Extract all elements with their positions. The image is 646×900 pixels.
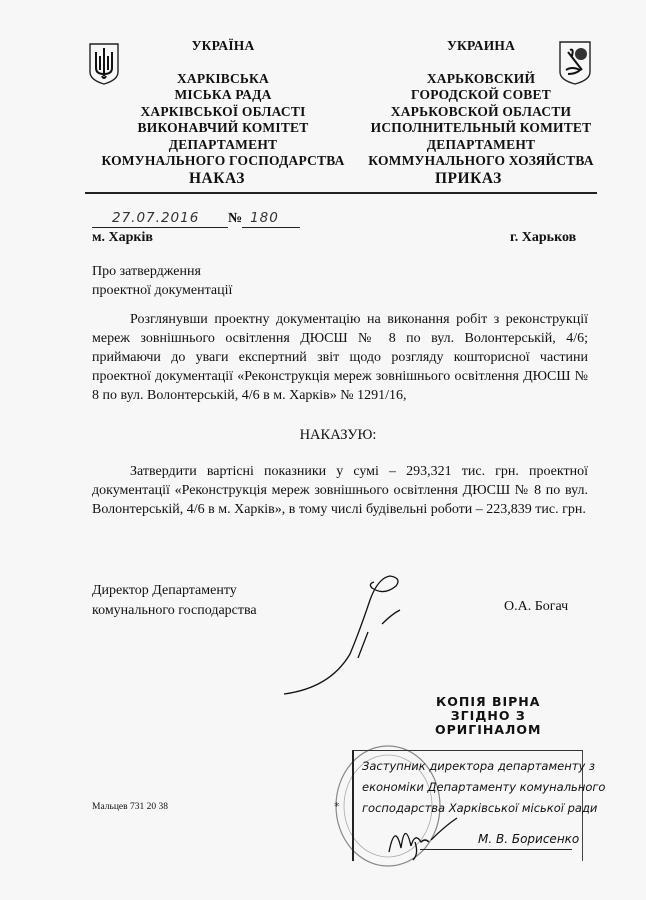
- copy-stamp-line: ОРИГІНАЛОМ: [435, 723, 541, 737]
- signatory-position: Директор Департаменту комунального госпо…: [92, 581, 257, 621]
- header-right: УКРАИНА ХАРЬКОВСКИЙ ГОРОДСКОЙ СОВЕТ ХАРЬ…: [368, 38, 594, 170]
- country-ua: УКРАЇНА: [100, 38, 346, 55]
- certification-text: Заступник директора департаменту з еконо…: [362, 756, 605, 819]
- number-label: №: [228, 211, 242, 226]
- copy-certified-stamp: КОПІЯ ВІРНА ЗГІДНО З ОРИГІНАЛОМ: [435, 695, 541, 737]
- header-left: УКРАЇНА ХАРКІВСЬКА МІСЬКА РАДА ХАРКІВСЬК…: [100, 38, 346, 170]
- header-right-line: ХАРЬКОВСКОЙ ОБЛАСТИ: [368, 104, 594, 121]
- subject-line: проектної документації: [92, 281, 232, 300]
- order-title-ua: НАКАЗ: [189, 170, 245, 188]
- certifier-name: М. В. Борисенко: [478, 832, 579, 846]
- copy-stamp-line: ЗГІДНО З: [435, 709, 541, 723]
- cert-line: Заступник директора департаменту з: [362, 756, 605, 777]
- order-word: НАКАЗУЮ:: [0, 427, 646, 444]
- header-left-line: МІСЬКА РАДА: [100, 87, 346, 104]
- order-title-ru: ПРИКАЗ: [435, 170, 502, 188]
- copy-stamp-line: КОПІЯ ВІРНА: [435, 695, 541, 709]
- header-right-line: КОММУНАЛЬНОГО ХОЗЯЙСТВА: [368, 153, 594, 170]
- date-number-line: 27.07.2016 № 180: [92, 210, 300, 228]
- svg-text:*: *: [334, 800, 340, 813]
- header-left-line: ВИКОНАВЧИЙ КОМІТЕТ: [100, 120, 346, 137]
- preamble-paragraph: Розглянувши проектну документацію на вик…: [92, 310, 588, 405]
- document-subject: Про затвердження проектної документації: [92, 262, 232, 300]
- order-date: 27.07.2016: [112, 210, 199, 226]
- signatory-name: О.А. Богач: [504, 599, 568, 615]
- executor-contact: Мальцев 731 20 38: [92, 802, 168, 812]
- header-right-line: ДЕПАРТАМЕНТ: [368, 137, 594, 154]
- certifier-signature: [385, 812, 465, 862]
- header-right-line: ГОРОДСКОЙ СОВЕТ: [368, 87, 594, 104]
- cert-line: економіки Департаменту комунального: [362, 777, 605, 798]
- city-ua: м. Харків: [92, 230, 153, 246]
- header-right-line: ХАРЬКОВСКИЙ: [368, 71, 594, 88]
- header-left-line: КОМУНАЛЬНОГО ГОСПОДАРСТВА: [100, 153, 346, 170]
- header-left-line: ДЕПАРТАМЕНТ: [100, 137, 346, 154]
- subject-line: Про затвердження: [92, 262, 232, 281]
- director-signature: [260, 570, 420, 700]
- header-divider: [85, 192, 597, 194]
- header-left-line: ХАРКІВСЬКА: [100, 71, 346, 88]
- country-ru: УКРАИНА: [368, 38, 594, 55]
- position-line: Директор Департаменту: [92, 581, 257, 601]
- position-line: комунального господарства: [92, 601, 257, 621]
- order-number: 180: [250, 210, 279, 226]
- header-right-line: ИСПОЛНИТЕЛЬНЫЙ КОМИТЕТ: [368, 120, 594, 137]
- city-ru: г. Харьков: [510, 230, 576, 246]
- header-left-line: ХАРКІВСЬКОЇ ОБЛАСТІ: [100, 104, 346, 121]
- decision-paragraph: Затвердити вартісні показники у сумі – 2…: [92, 462, 588, 519]
